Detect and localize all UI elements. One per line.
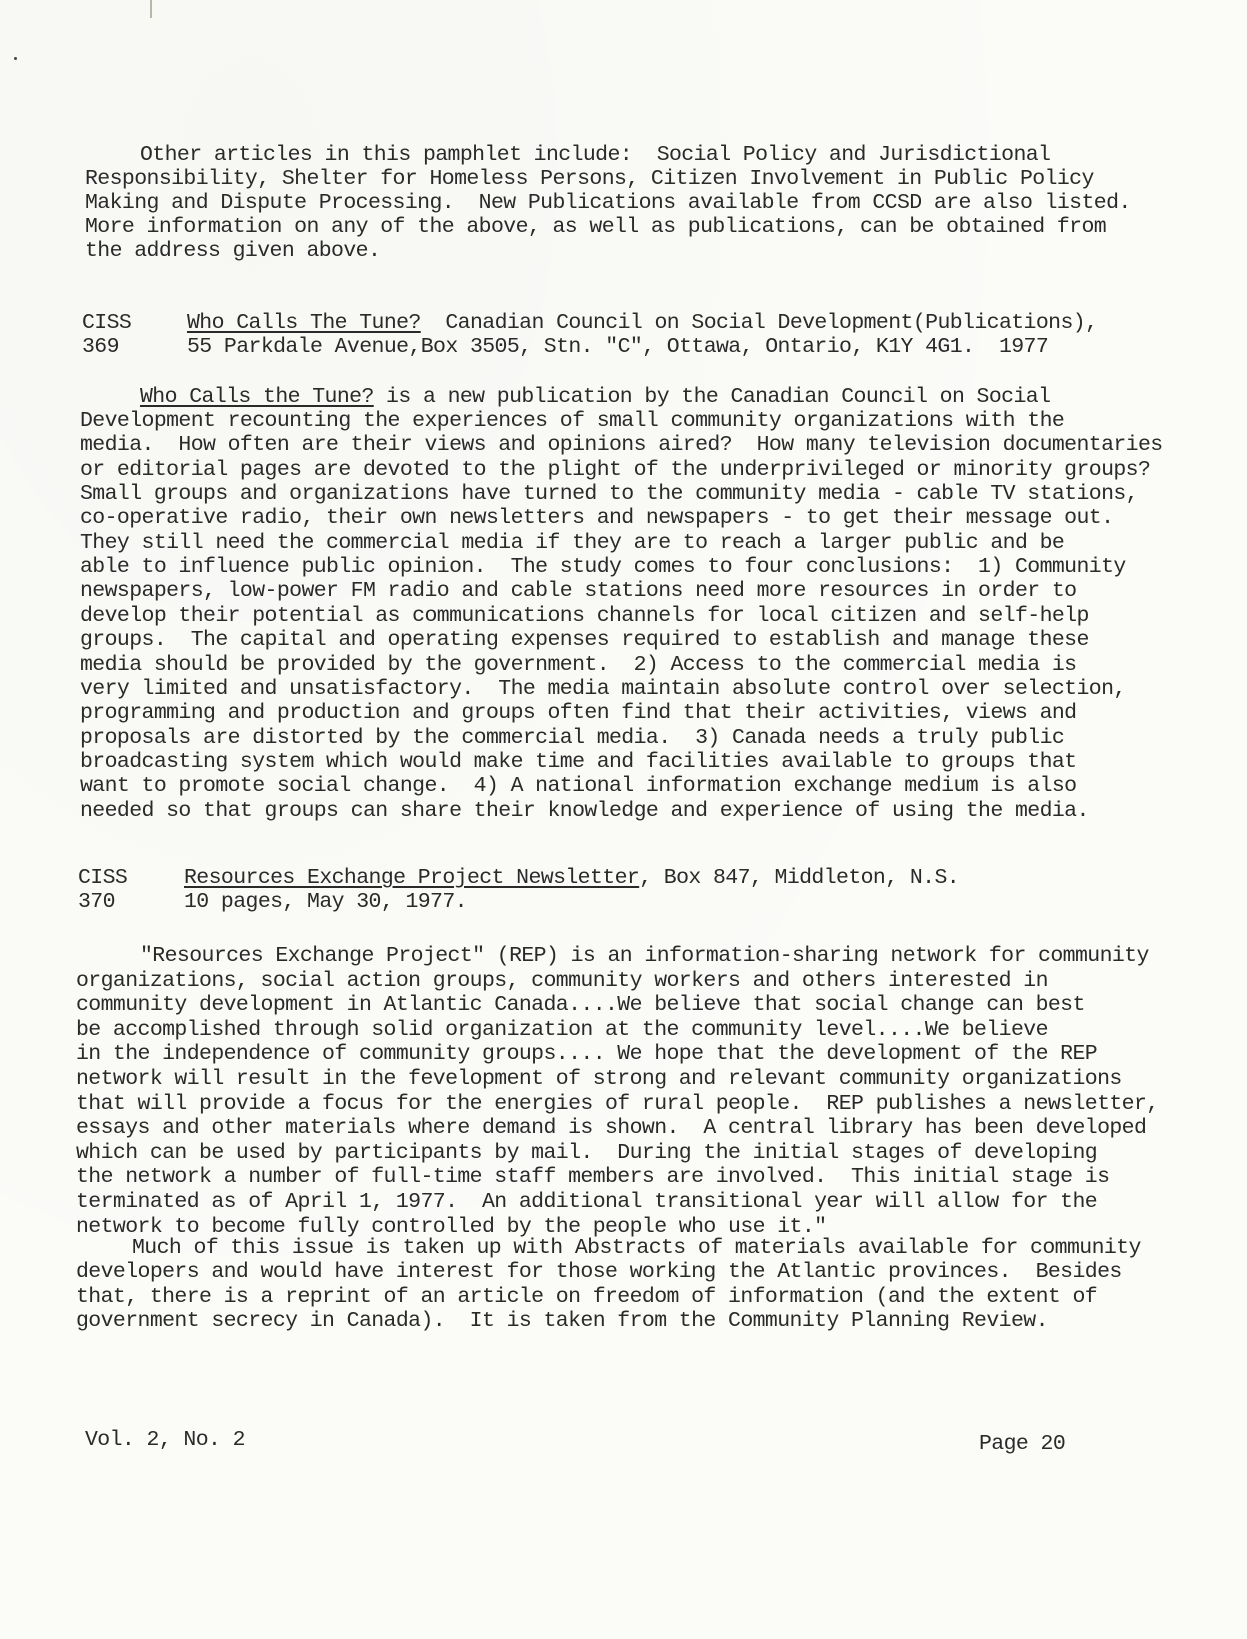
body-line: newspapers, low-power FM radio and cable…	[80, 579, 1076, 603]
body-line: network to become fully controlled by th…	[76, 1215, 826, 1239]
footer-page-number: Page 20	[979, 1432, 1065, 1456]
body-line: network will result in the fevelopment o…	[76, 1067, 1122, 1091]
body-line: able to influence public opinion. The st…	[80, 555, 1126, 579]
body-line: proposals are distorted by the commercia…	[80, 726, 1064, 750]
entry-label: CISS	[82, 311, 131, 335]
body-line: want to promote social change. 4) A nati…	[80, 774, 1076, 798]
entry-header: Resources Exchange Project Newsletter, B…	[184, 866, 959, 890]
entry-publisher: , Box 847, Middleton, N.S.	[639, 866, 959, 890]
body-line: Development recounting the experiences o…	[80, 409, 1064, 433]
body-line: media. How often are their views and opi…	[80, 433, 1163, 457]
body-line: terminated as of April 1, 1977. An addit…	[76, 1190, 1097, 1214]
body-title: Who Calls the Tune?	[140, 385, 374, 409]
body-line: government secrecy in Canada). It is tak…	[76, 1309, 1048, 1333]
intro-line: Other articles in this pamphlet include:…	[140, 143, 1050, 167]
body-line: Small groups and organizations have turn…	[80, 482, 1138, 506]
body-line: broadcasting system which would make tim…	[80, 750, 1076, 774]
body-line: needed so that groups can share their kn…	[80, 799, 1089, 823]
intro-line: More information on any of the above, as…	[85, 215, 1106, 239]
footer-volume: Vol. 2, No. 2	[85, 1428, 245, 1452]
body-line: essays and other materials where demand …	[76, 1116, 1146, 1140]
body-line: be accomplished through solid organizati…	[76, 1018, 1048, 1042]
entry-details: 10 pages, May 30, 1977.	[184, 890, 467, 914]
body-line: programming and production and groups of…	[80, 701, 1076, 725]
body-line: community development in Atlantic Canada…	[76, 993, 1085, 1017]
entry-body-line: Who Calls the Tune? is a new publication…	[140, 385, 1050, 409]
entry-title: Resources Exchange Project Newsletter	[184, 866, 639, 890]
body-line: the network a number of full-time staff …	[76, 1165, 1109, 1189]
body-line: They still need the commercial media if …	[80, 531, 1064, 555]
paper-mark	[150, 0, 152, 18]
body-line: which can be used by participants by mai…	[76, 1141, 1097, 1165]
body-line: media should be provided by the governme…	[80, 653, 1076, 677]
body-line: develop their potential as communication…	[80, 604, 1089, 628]
intro-line: Making and Dispute Processing. New Publi…	[85, 191, 1131, 215]
entry-label: CISS	[78, 866, 127, 890]
intro-line: Responsibility, Shelter for Homeless Per…	[85, 167, 1094, 191]
body-line: in the independence of community groups.…	[76, 1042, 1097, 1066]
document-page: Other articles in this pamphlet include:…	[0, 0, 1247, 1639]
entry-address: 55 Parkdale Avenue,Box 3505, Stn. "C", O…	[187, 335, 1048, 359]
body-line: or editorial pages are devoted to the pl…	[80, 458, 1150, 482]
body-line: "Resources Exchange Project" (REP) is an…	[140, 944, 1149, 968]
body-line: that will provide a focus for the energi…	[76, 1092, 1159, 1116]
body-text: is a new publication by the Canadian Cou…	[374, 385, 1051, 409]
body-line: co-operative radio, their own newsletter…	[80, 506, 1113, 530]
body-line: developers and would have interest for t…	[76, 1260, 1122, 1284]
entry-title: Who Calls The Tune?	[187, 311, 421, 335]
entry-number: 369	[82, 335, 119, 359]
body-line: very limited and unsatisfactory. The med…	[80, 677, 1126, 701]
entry-publisher: Canadian Council on Social Development(P…	[421, 311, 1098, 335]
body-line: groups. The capital and operating expens…	[80, 628, 1089, 652]
entry-number: 370	[78, 890, 115, 914]
entry-header: Who Calls The Tune? Canadian Council on …	[187, 311, 1097, 335]
intro-line: the address given above.	[85, 239, 380, 263]
speck	[14, 57, 17, 60]
body-line: Much of this issue is taken up with Abst…	[132, 1236, 1141, 1260]
body-line: that, there is a reprint of an article o…	[76, 1285, 1097, 1309]
body-line: organizations, social action groups, com…	[76, 969, 1048, 993]
